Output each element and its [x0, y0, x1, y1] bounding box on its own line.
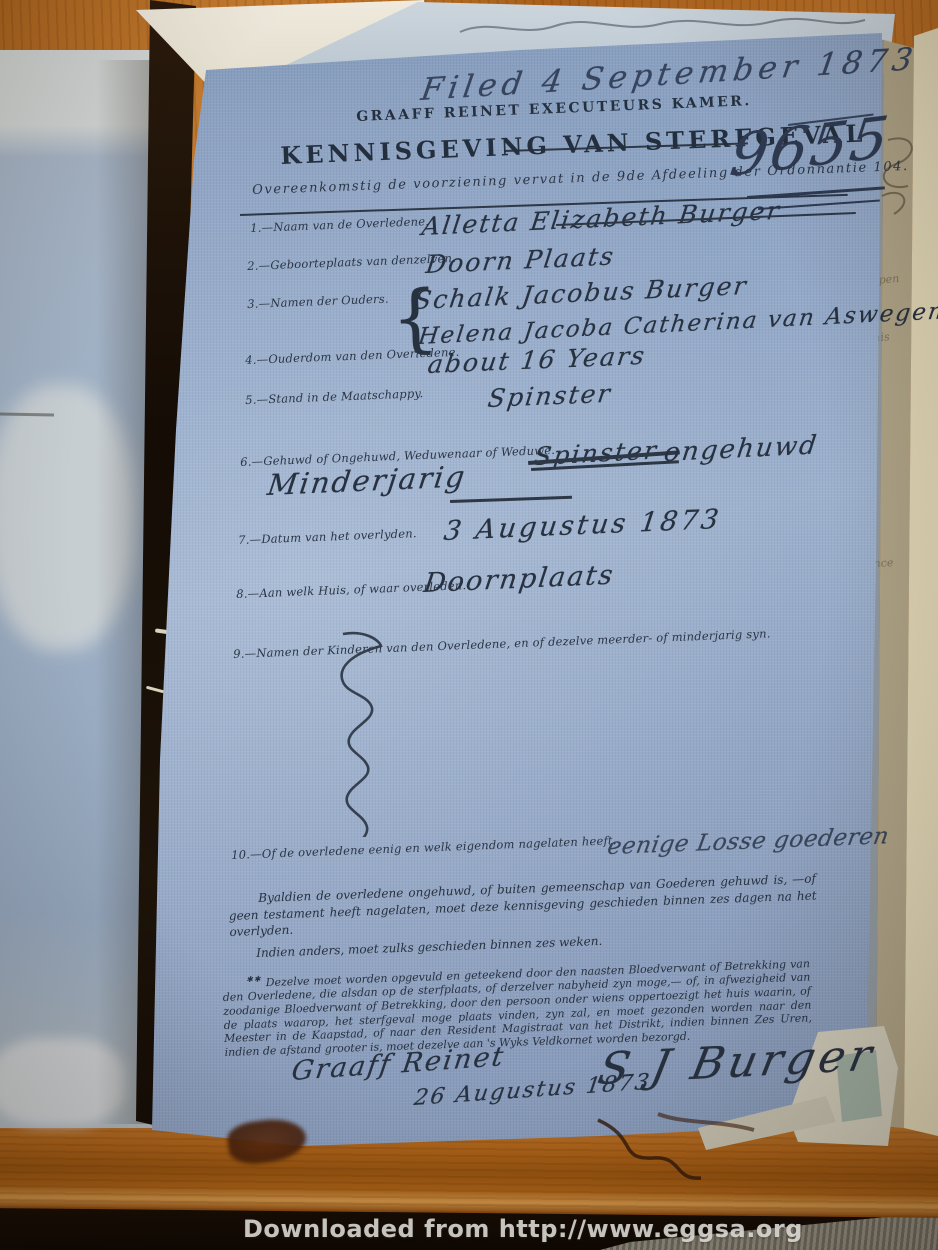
- field-5-value: Spinster: [486, 379, 614, 413]
- wood-stain-marks: [588, 1108, 778, 1183]
- photograph-of-death-notice: spen this dence Filed 4 September 1873 G…: [0, 0, 938, 1250]
- footnote-marker: ✱✱: [246, 975, 262, 985]
- watermark-text: Downloaded from http://www.eggsa.org: [243, 1215, 803, 1244]
- nil-children-squiggle-icon: [330, 622, 410, 837]
